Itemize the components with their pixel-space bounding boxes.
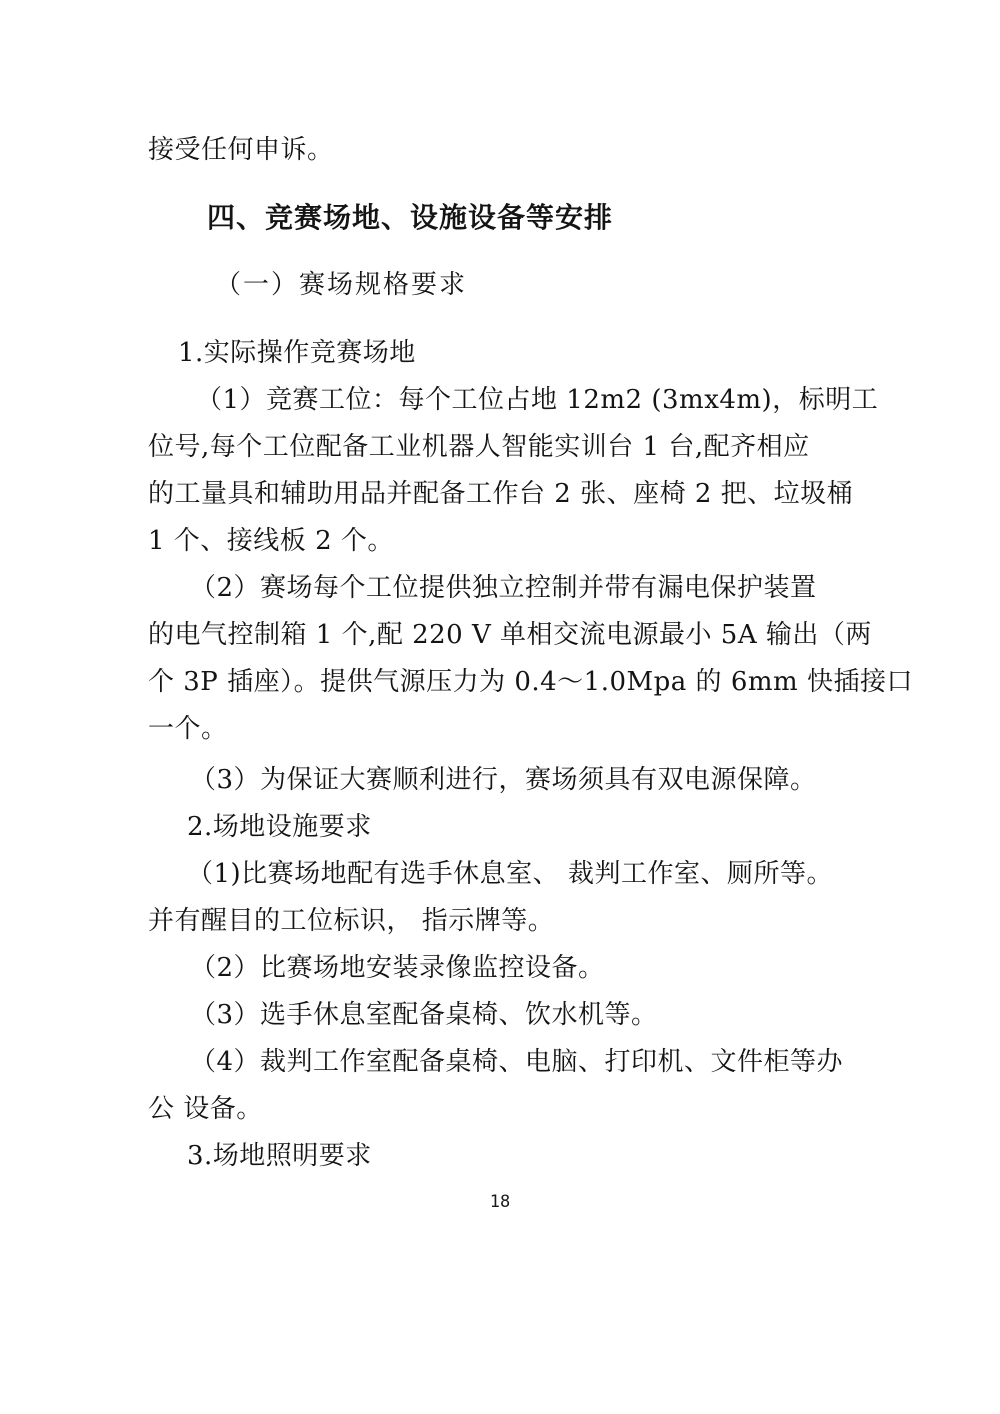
text-line: （3）选手休息室配备桌椅、饮水机等。 (148, 992, 858, 1039)
text-line: 公 设备。 (148, 1086, 858, 1133)
text-line: 1.实际操作竞赛场地 (148, 330, 858, 377)
text-line: （2）比赛场地安装录像监控设备。 (148, 945, 858, 992)
section-heading: 四、竞赛场地、设施设备等安排 (148, 190, 858, 246)
text-line: 接受任何申诉。 (148, 127, 858, 174)
text-line: 一个。 (148, 706, 858, 753)
text-line: 的电气控制箱 1 个,配 220 V 单相交流电源最小 5A 输出（两 (148, 612, 858, 659)
text-line: 3.场地照明要求 (148, 1133, 858, 1180)
subsection-heading: （一）赛场规格要求 (148, 260, 858, 310)
text-line: 位号,每个工位配备工业机器人智能实训台 1 台,配齐相应 (148, 424, 858, 471)
text-line: （1)比赛场地配有选手休息室、 裁判工作室、厕所等。 (148, 851, 858, 898)
text-line: 个 3P 插座）。提供气源压力为 0.4～1.0Mpa 的 6mm 快插接口 (148, 659, 858, 706)
document-body: 接受任何申诉。四、竞赛场地、设施设备等安排（一）赛场规格要求1.实际操作竞赛场地… (148, 127, 858, 1180)
text-line: （2）赛场每个工位提供独立控制并带有漏电保护装置 (148, 565, 858, 612)
text-line: （1）竞赛工位：每个工位占地 12m2 (3mx4m)，标明工 (148, 377, 858, 424)
text-line: 2.场地设施要求 (148, 804, 858, 851)
text-line: 1 个、接线板 2 个。 (148, 518, 858, 565)
text-line: （4）裁判工作室配备桌椅、电脑、打印机、文件柜等办 (148, 1039, 858, 1086)
text-line: 并有醒目的工位标识， 指示牌等。 (148, 898, 858, 945)
page-number: 18 (0, 1192, 1000, 1212)
text-line: （3）为保证大赛顺利进行，赛场须具有双电源保障。 (148, 757, 858, 804)
document-page: 接受任何申诉。四、竞赛场地、设施设备等安排（一）赛场规格要求1.实际操作竞赛场地… (0, 0, 1000, 1414)
text-line: 的工量具和辅助用品并配备工作台 2 张、座椅 2 把、垃圾桶 (148, 471, 858, 518)
